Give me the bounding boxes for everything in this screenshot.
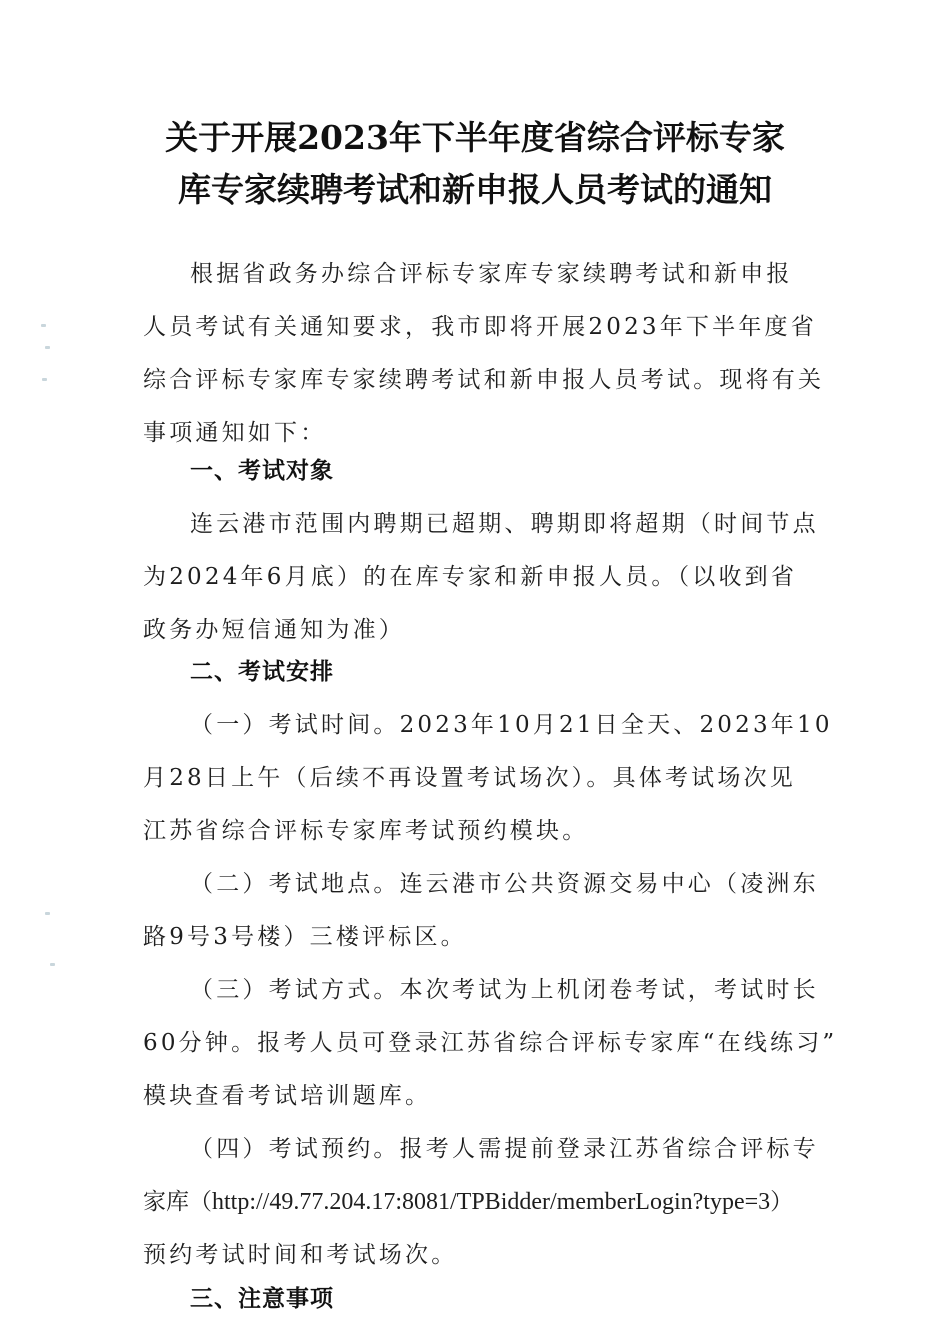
item4-line-3: 预约考试时间和考试场次。 xyxy=(143,1240,823,1270)
document-title: 关于开展2023年下半年度省综合评标专家 库专家续聘考试和新申报人员考试的通知 xyxy=(100,112,850,216)
title-line-1: 关于开展2023年下半年度省综合评标专家 xyxy=(100,112,850,164)
document-page: 关于开展2023年下半年度省综合评标专家 库专家续聘考试和新申报人员考试的通知 … xyxy=(0,0,950,1344)
item4-url-close: ） xyxy=(770,1189,793,1215)
scan-mark xyxy=(45,346,50,349)
item3-line-2: 60分钟。报考人员可登录江苏省综合评标专家库“在线练习” xyxy=(143,1028,823,1058)
section-heading-3: 三、注意事项 xyxy=(190,1284,334,1314)
exam-booking-url: http://49.77.204.17:8081/TPBidder/member… xyxy=(212,1189,770,1215)
scan-mark xyxy=(50,963,55,966)
item4-prefix: 家库（ xyxy=(143,1189,212,1215)
section-heading-2: 二、考试安排 xyxy=(190,657,334,687)
item1-line-1: （一）考试时间。2023年10月21日全天、2023年10 xyxy=(190,710,823,740)
item1-line-3: 江苏省综合评标专家库考试预约模块。 xyxy=(143,816,823,846)
title-line-2: 库专家续聘考试和新申报人员考试的通知 xyxy=(100,164,850,216)
section1-line-1: 连云港市范围内聘期已超期、聘期即将超期（时间节点 xyxy=(190,509,823,539)
item2-line-2: 路9号3号楼）三楼评标区。 xyxy=(143,922,823,952)
intro-line-3: 综合评标专家库专家续聘考试和新申报人员考试。现将有关 xyxy=(143,365,823,395)
scan-mark xyxy=(42,378,47,381)
intro-line-1: 根据省政务办综合评标专家库专家续聘考试和新申报 xyxy=(190,259,823,289)
item3-line-1: （三）考试方式。本次考试为上机闭卷考试，考试时长 xyxy=(190,975,823,1005)
section1-line-3: 政务办短信通知为准） xyxy=(143,615,823,645)
scan-mark xyxy=(41,324,46,327)
intro-line-4: 事项通知如下： xyxy=(143,418,823,448)
item4-line-1: （四）考试预约。报考人需提前登录江苏省综合评标专 xyxy=(190,1134,823,1164)
intro-line-2: 人员考试有关通知要求，我市即将开展2023年下半年度省 xyxy=(143,312,823,342)
item3-line-3: 模块查看考试培训题库。 xyxy=(143,1081,823,1111)
item4-line-2: 家库（http://49.77.204.17:8081/TPBidder/mem… xyxy=(143,1187,823,1217)
section-heading-1: 一、考试对象 xyxy=(190,456,334,486)
scan-mark xyxy=(45,912,50,915)
section1-line-2: 为2024年6月底）的在库专家和新申报人员。（以收到省 xyxy=(143,562,823,592)
item2-line-1: （二）考试地点。连云港市公共资源交易中心（凌洲东 xyxy=(190,869,823,899)
item1-line-2: 月28日上午（后续不再设置考试场次）。具体考试场次见 xyxy=(143,763,823,793)
